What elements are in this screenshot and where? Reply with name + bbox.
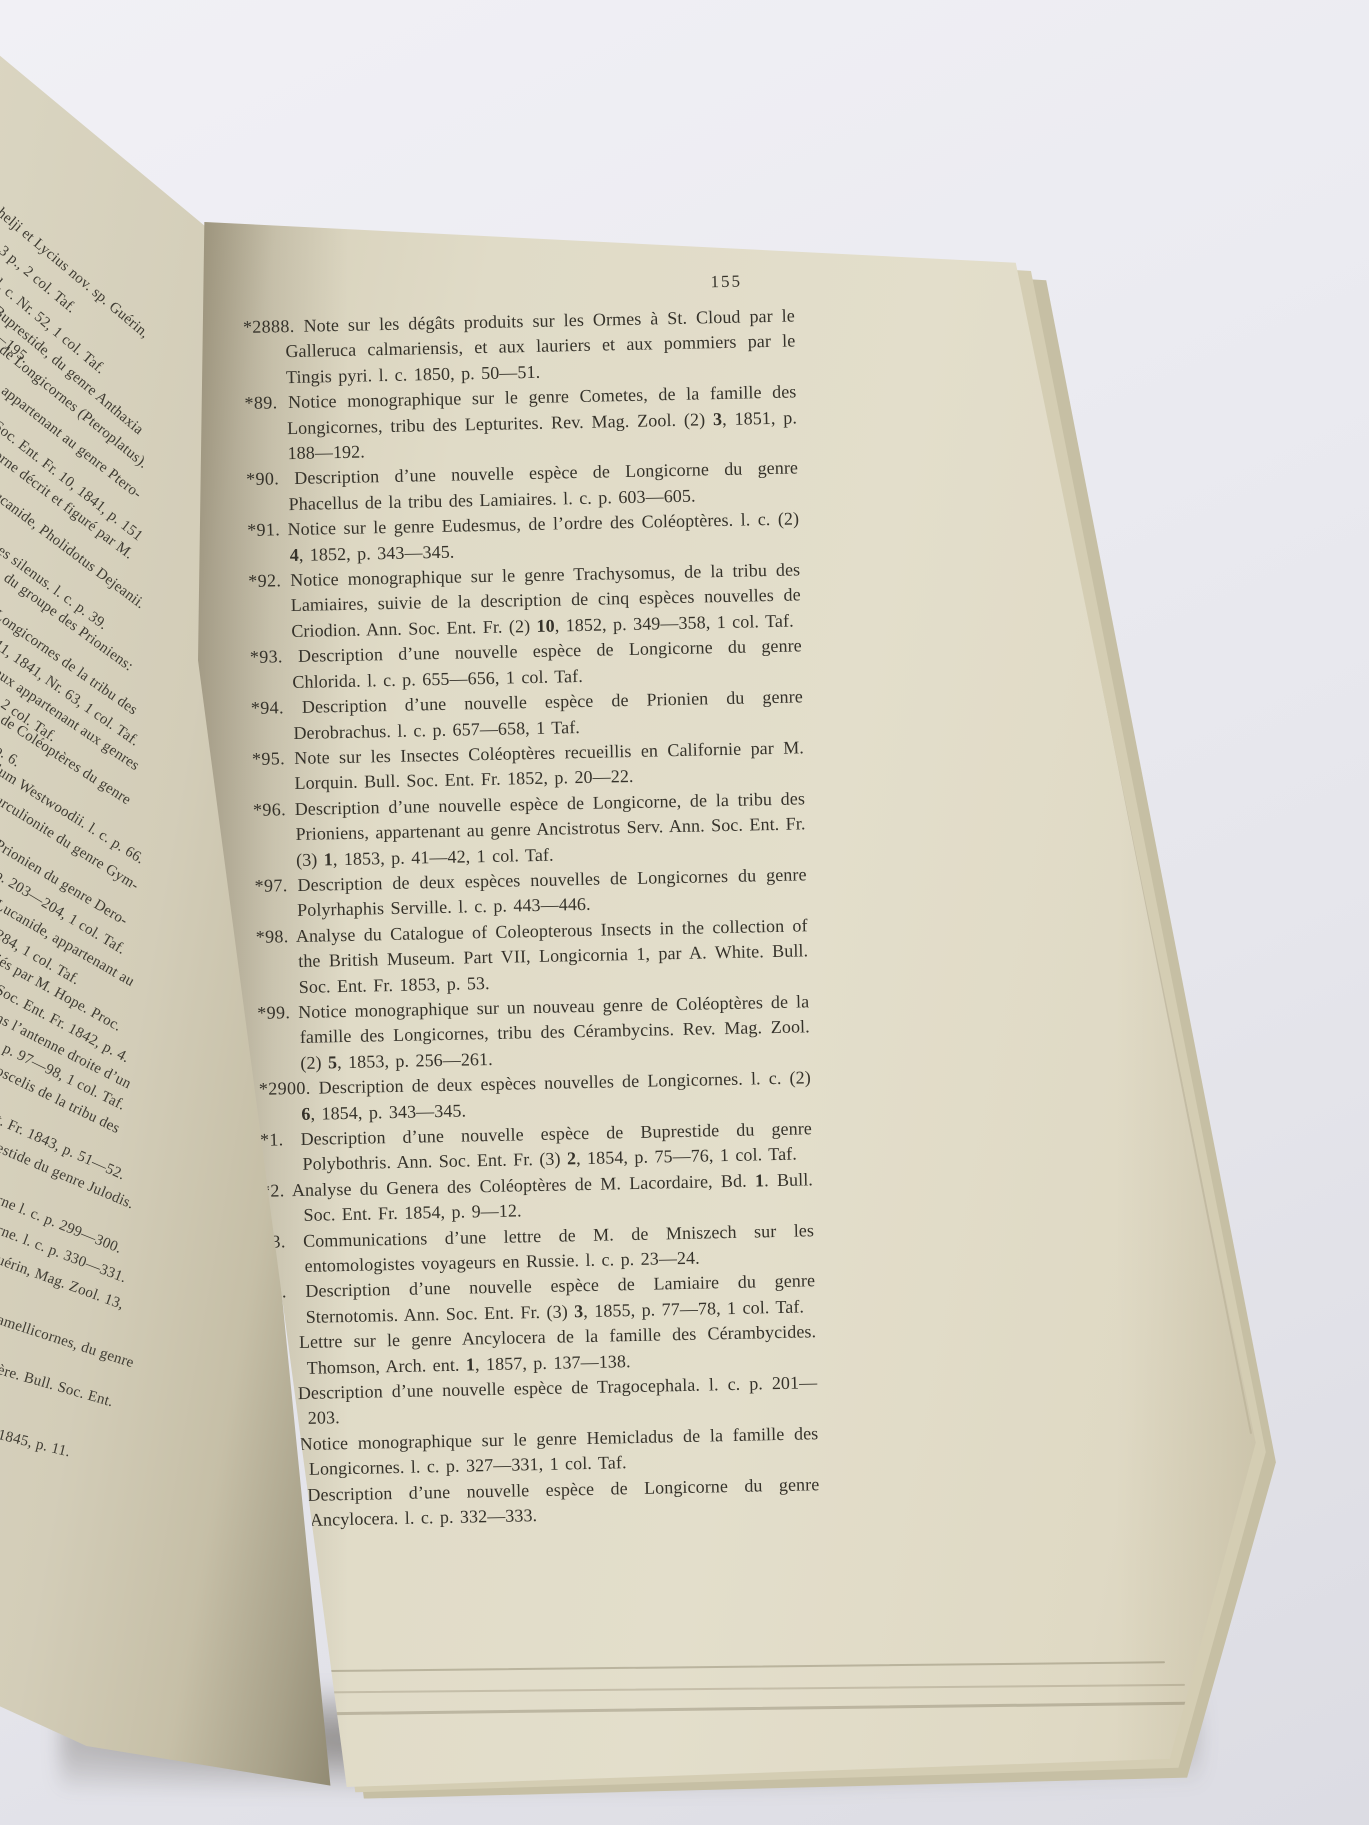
sheet-edge-line [262,1661,1165,1672]
entry-text: Description de deux espèces nouvelles de… [301,1067,811,1123]
bibliography-entry: *89. Notice monographique sur le genre C… [244,380,797,468]
bibliography-list: *2888. Note sur les dégâts produits sur … [243,303,820,1534]
entry-text: Description d’une nouvelle espèce de Lon… [307,1474,819,1530]
entry-number: *93. [250,647,283,668]
page-text-block: 155 *2888. Note sur les dégâts produits … [242,270,820,1534]
entry-number: *99. [257,1002,290,1023]
entry-text: Notice monographique sur le genre Comete… [287,382,797,463]
entry-number: *92. [248,570,281,591]
entry-text: Description de deux espèces nouvelles de… [297,864,807,920]
entry-number: *2888. [243,316,295,337]
entry-number: *98. [256,926,289,947]
bibliography-entry: *2888. Note sur les dégâts produits sur … [243,303,796,391]
entry-text: Notice monographique sur le genre Trachy… [290,559,801,640]
entry-number: *95. [252,748,285,769]
sheet-edge-line [304,1701,1207,1715]
entry-text: Description d’une nouvelle espèce de Pri… [293,686,803,742]
entry-text: Notice sur le genre Eudesmus, de l’ordre… [287,509,799,565]
entry-text: Description d’une nouvelle espèce de Lon… [292,636,802,692]
entry-text: Analyse du Catalogue of Coleopterous Ins… [296,915,809,996]
entry-number: *89. [244,393,277,414]
entry-text: Description d’une nouvelle espèce de Lon… [294,788,805,869]
entry-text: Description d’une nouvelle espèce de Bup… [300,1118,812,1174]
entry-text: Note sur les Insectes Coléoptères recuei… [294,737,804,793]
left-page-fragment: 1845, p. 11. [0,1427,72,1461]
entry-number: *94. [251,697,284,718]
left-page-fragment: ère. Bull. Soc. Ent. [0,1362,115,1411]
entry-text: Communications d’une lettre de M. de Mni… [303,1220,814,1276]
entry-text: Analyse du Genera des Coléoptères de M. … [292,1169,813,1225]
left-page-fragment: amellicornes, du genre [0,1312,136,1372]
bibliography-entry: *8. Description d’une nouvelle espèce de… [267,1472,820,1534]
bibliography-entry: *98. Analyse du Catalogue of Coleopterou… [255,913,808,1001]
bibliography-entry: *92. Notice monographique sur le genre T… [248,557,801,645]
entry-number: *90. [246,469,279,490]
sheet-edge-line [240,1684,1185,1694]
book-photo: helji et Lycius nov. sp. Guérin,3 p., 2 … [0,0,1369,1825]
entry-number: *91. [247,520,280,541]
entry-text: Description d’une nouvelle espèce de Lam… [305,1271,815,1327]
entry-text: Notice monographique sur un nouveau genr… [298,991,810,1072]
entry-text: Note sur les dégâts produits sur les Orm… [285,305,795,386]
entry-text: Notice monographique sur le genre Hemicl… [299,1423,818,1479]
bibliography-entry: *96. Description d’une nouvelle espèce d… [253,786,806,874]
entry-number: *2900. [259,1078,311,1099]
entry-number: *96. [253,799,286,820]
entry-number: *97. [254,875,287,896]
entry-text: Description d’une nouvelle espèce de Lon… [288,458,798,514]
bibliography-entry: *99. Notice monographique sur un nouveau… [257,989,810,1077]
entry-number: *1. [260,1129,284,1149]
entry-text: Description d’une nouvelle espèce de Tra… [298,1372,818,1428]
entry-text: Lettre sur le genre Ancylocera de la fam… [299,1321,817,1377]
